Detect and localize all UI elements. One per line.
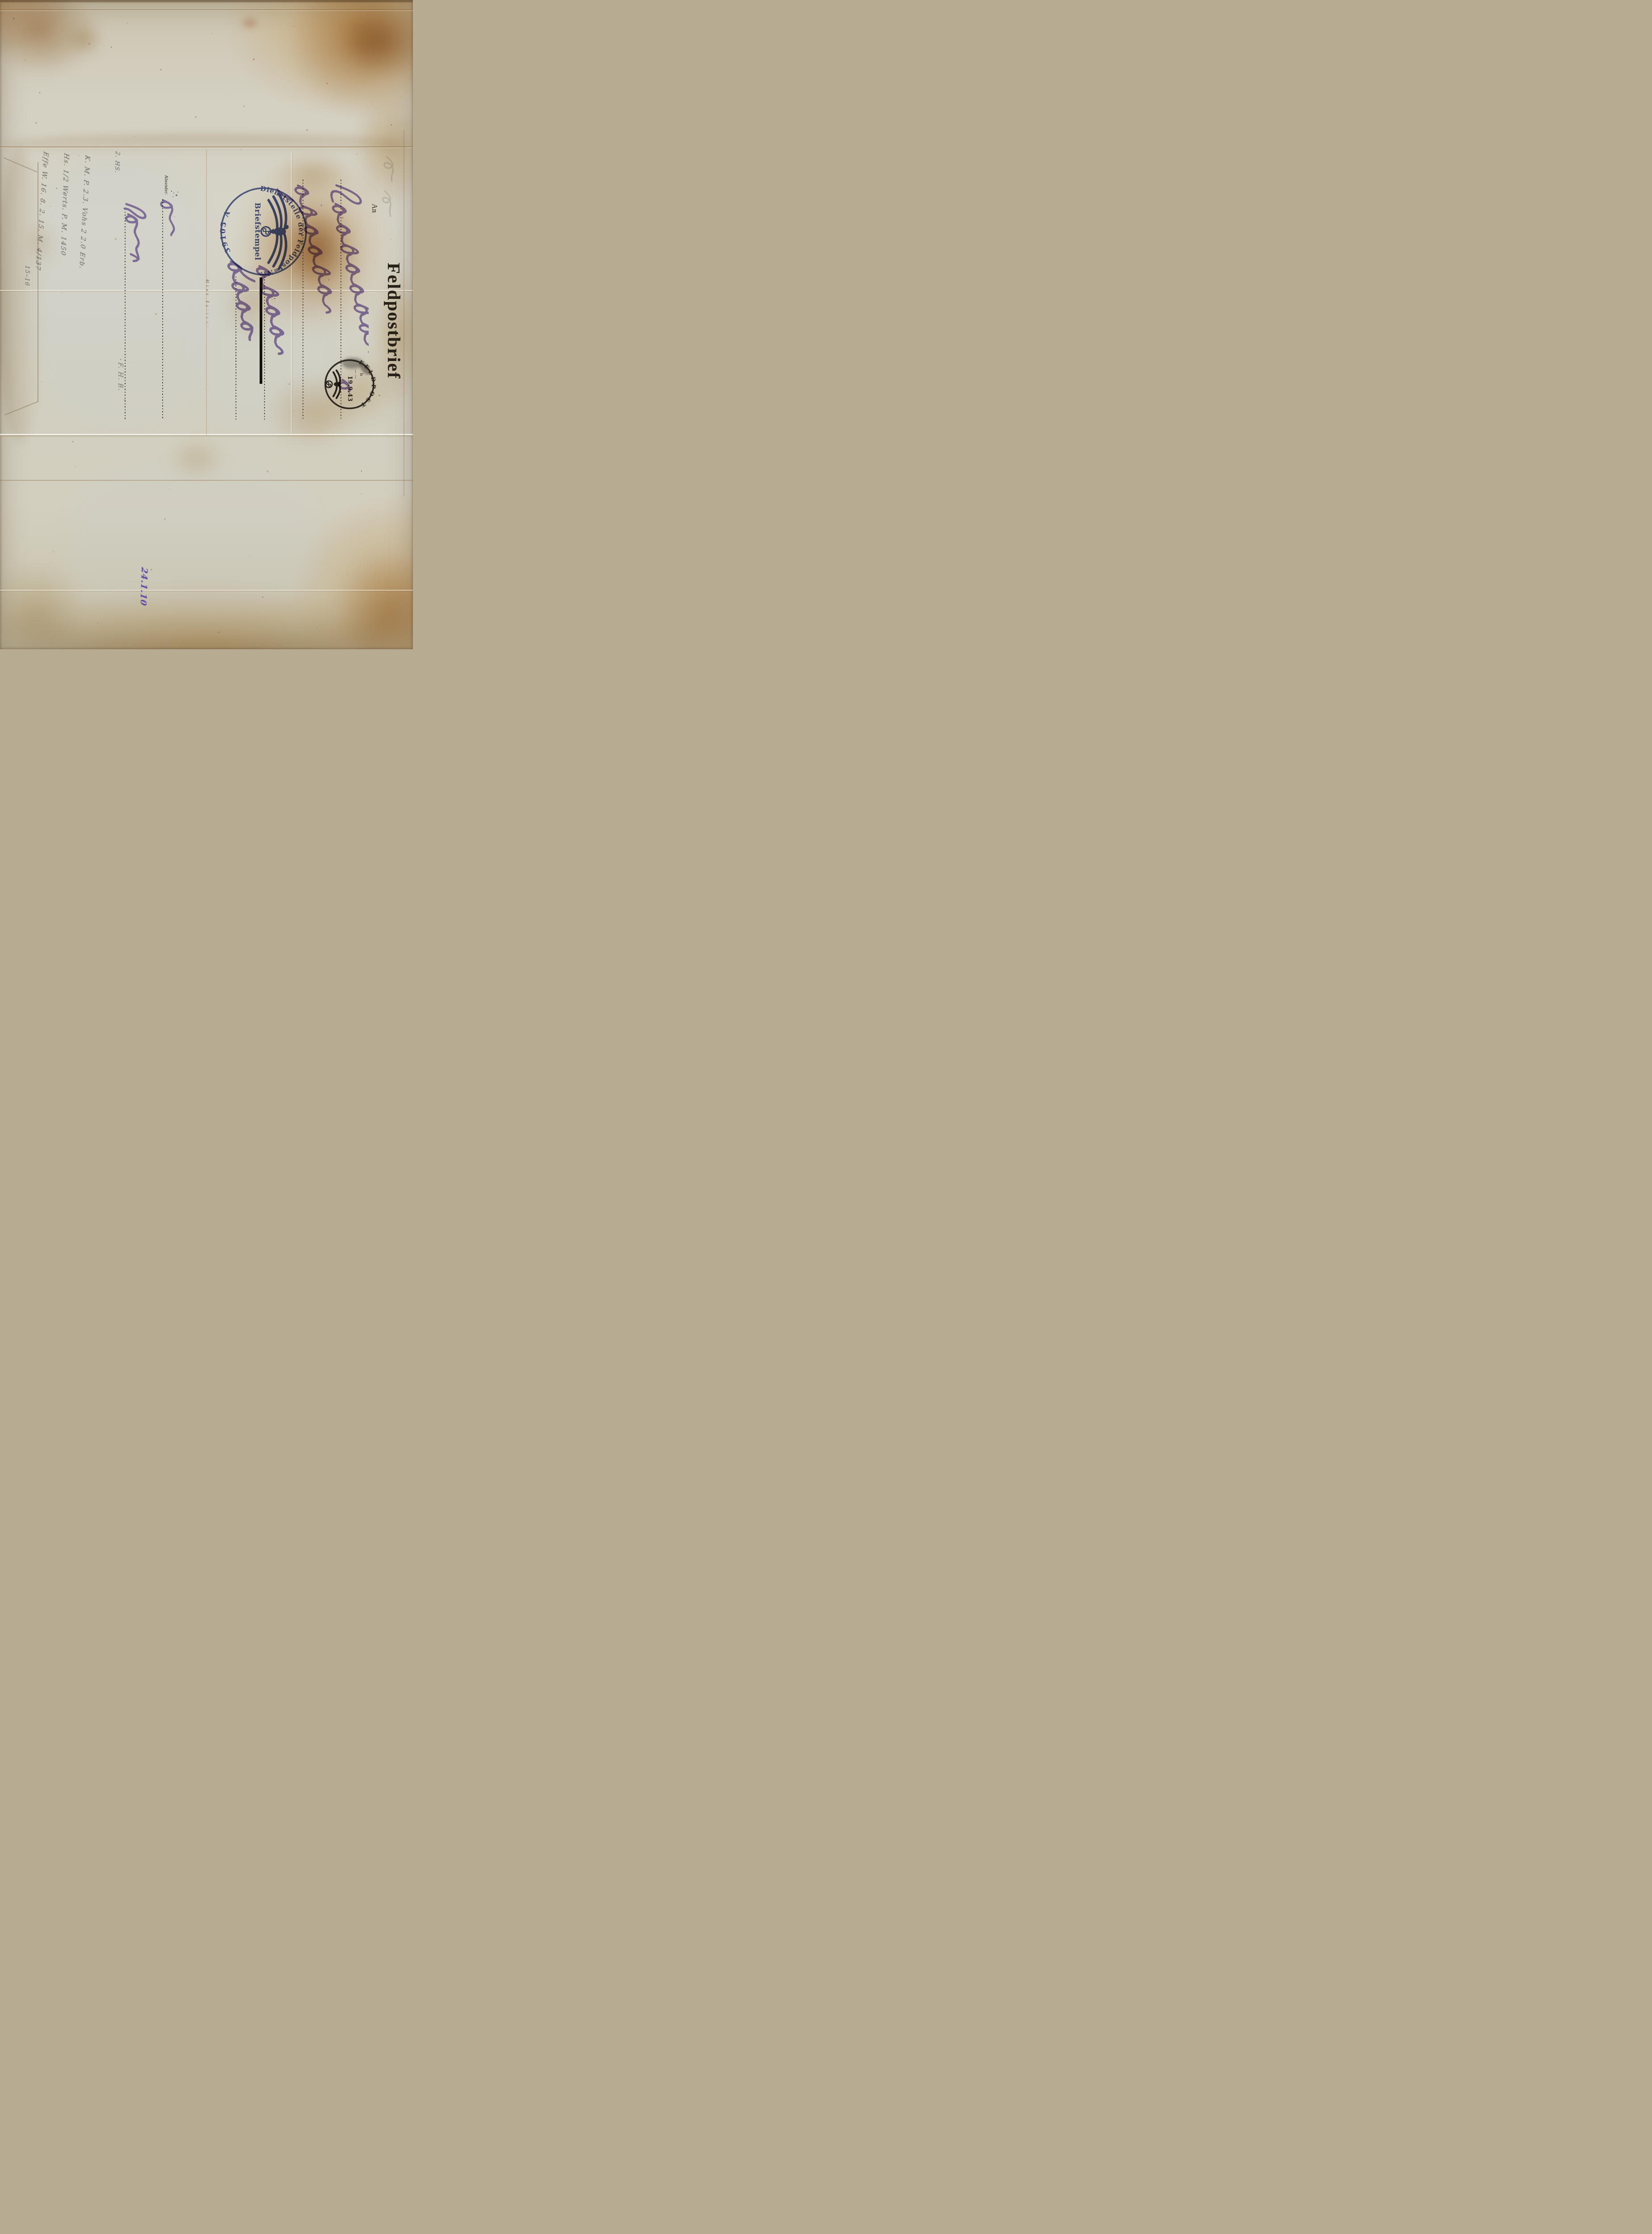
crease: [0, 590, 413, 591]
stain: [168, 436, 226, 483]
stain: [67, 25, 103, 54]
purple-date-note: 24.1.10: [138, 567, 149, 607]
fold-instruction: Hier falten!: [205, 280, 210, 330]
crease: [0, 9, 413, 10]
stain: [0, 594, 413, 649]
stain: [339, 3, 413, 79]
stain: [240, 15, 260, 30]
cursive-sender-1: [161, 200, 174, 235]
absender-label: Absender:: [164, 175, 168, 195]
ink-spatter: [171, 191, 172, 192]
stain: [0, 0, 98, 76]
stain: [0, 134, 413, 155]
flap-edge: [4, 401, 39, 415]
paper-cool-tone: [67, 465, 317, 612]
fold-line: [0, 434, 413, 435]
fold-line: [0, 147, 413, 147]
paper-specks-dark: [13, 18, 14, 19]
stain: [0, 558, 85, 649]
pencil-note-line: 15–16: [23, 265, 30, 287]
cursive-line-4: [228, 261, 252, 340]
pencil-note-line: Effe W. 16. 8. 2. 15. M. 4/137: [34, 151, 50, 272]
address-handwriting-purple: [214, 176, 369, 427]
form-title: Feldpostbrief: [383, 263, 405, 379]
flap-edge: [3, 157, 37, 172]
pencil-note-line: 2. HS.: [113, 151, 121, 174]
cursive-sender-2: [125, 204, 145, 264]
pencil-note-line: Hs. 1/2 Werts. P. M. 1450: [59, 153, 71, 257]
paper-edge-top: [0, 0, 413, 2]
stain: [286, 0, 413, 116]
ghost-pencil-marks: [371, 156, 404, 259]
feldpost-letter-scan: Feldpostbrief An Absender: Hier falten! …: [0, 0, 413, 649]
stain: [0, 147, 45, 442]
pencil-note-line: K. M. P. 2.3. Vohs 2 2.0 Erb.: [78, 155, 92, 270]
cursive-line-2: [277, 181, 331, 314]
stain: [334, 550, 413, 649]
cursive-line-1: [332, 184, 369, 397]
pencil-initials: F. H. B.: [117, 362, 124, 391]
paper-speckles: [8, 6, 9, 7]
sender-handwriting-purple: [121, 199, 185, 288]
flap-edge: [38, 162, 38, 401]
crease: [0, 480, 413, 481]
